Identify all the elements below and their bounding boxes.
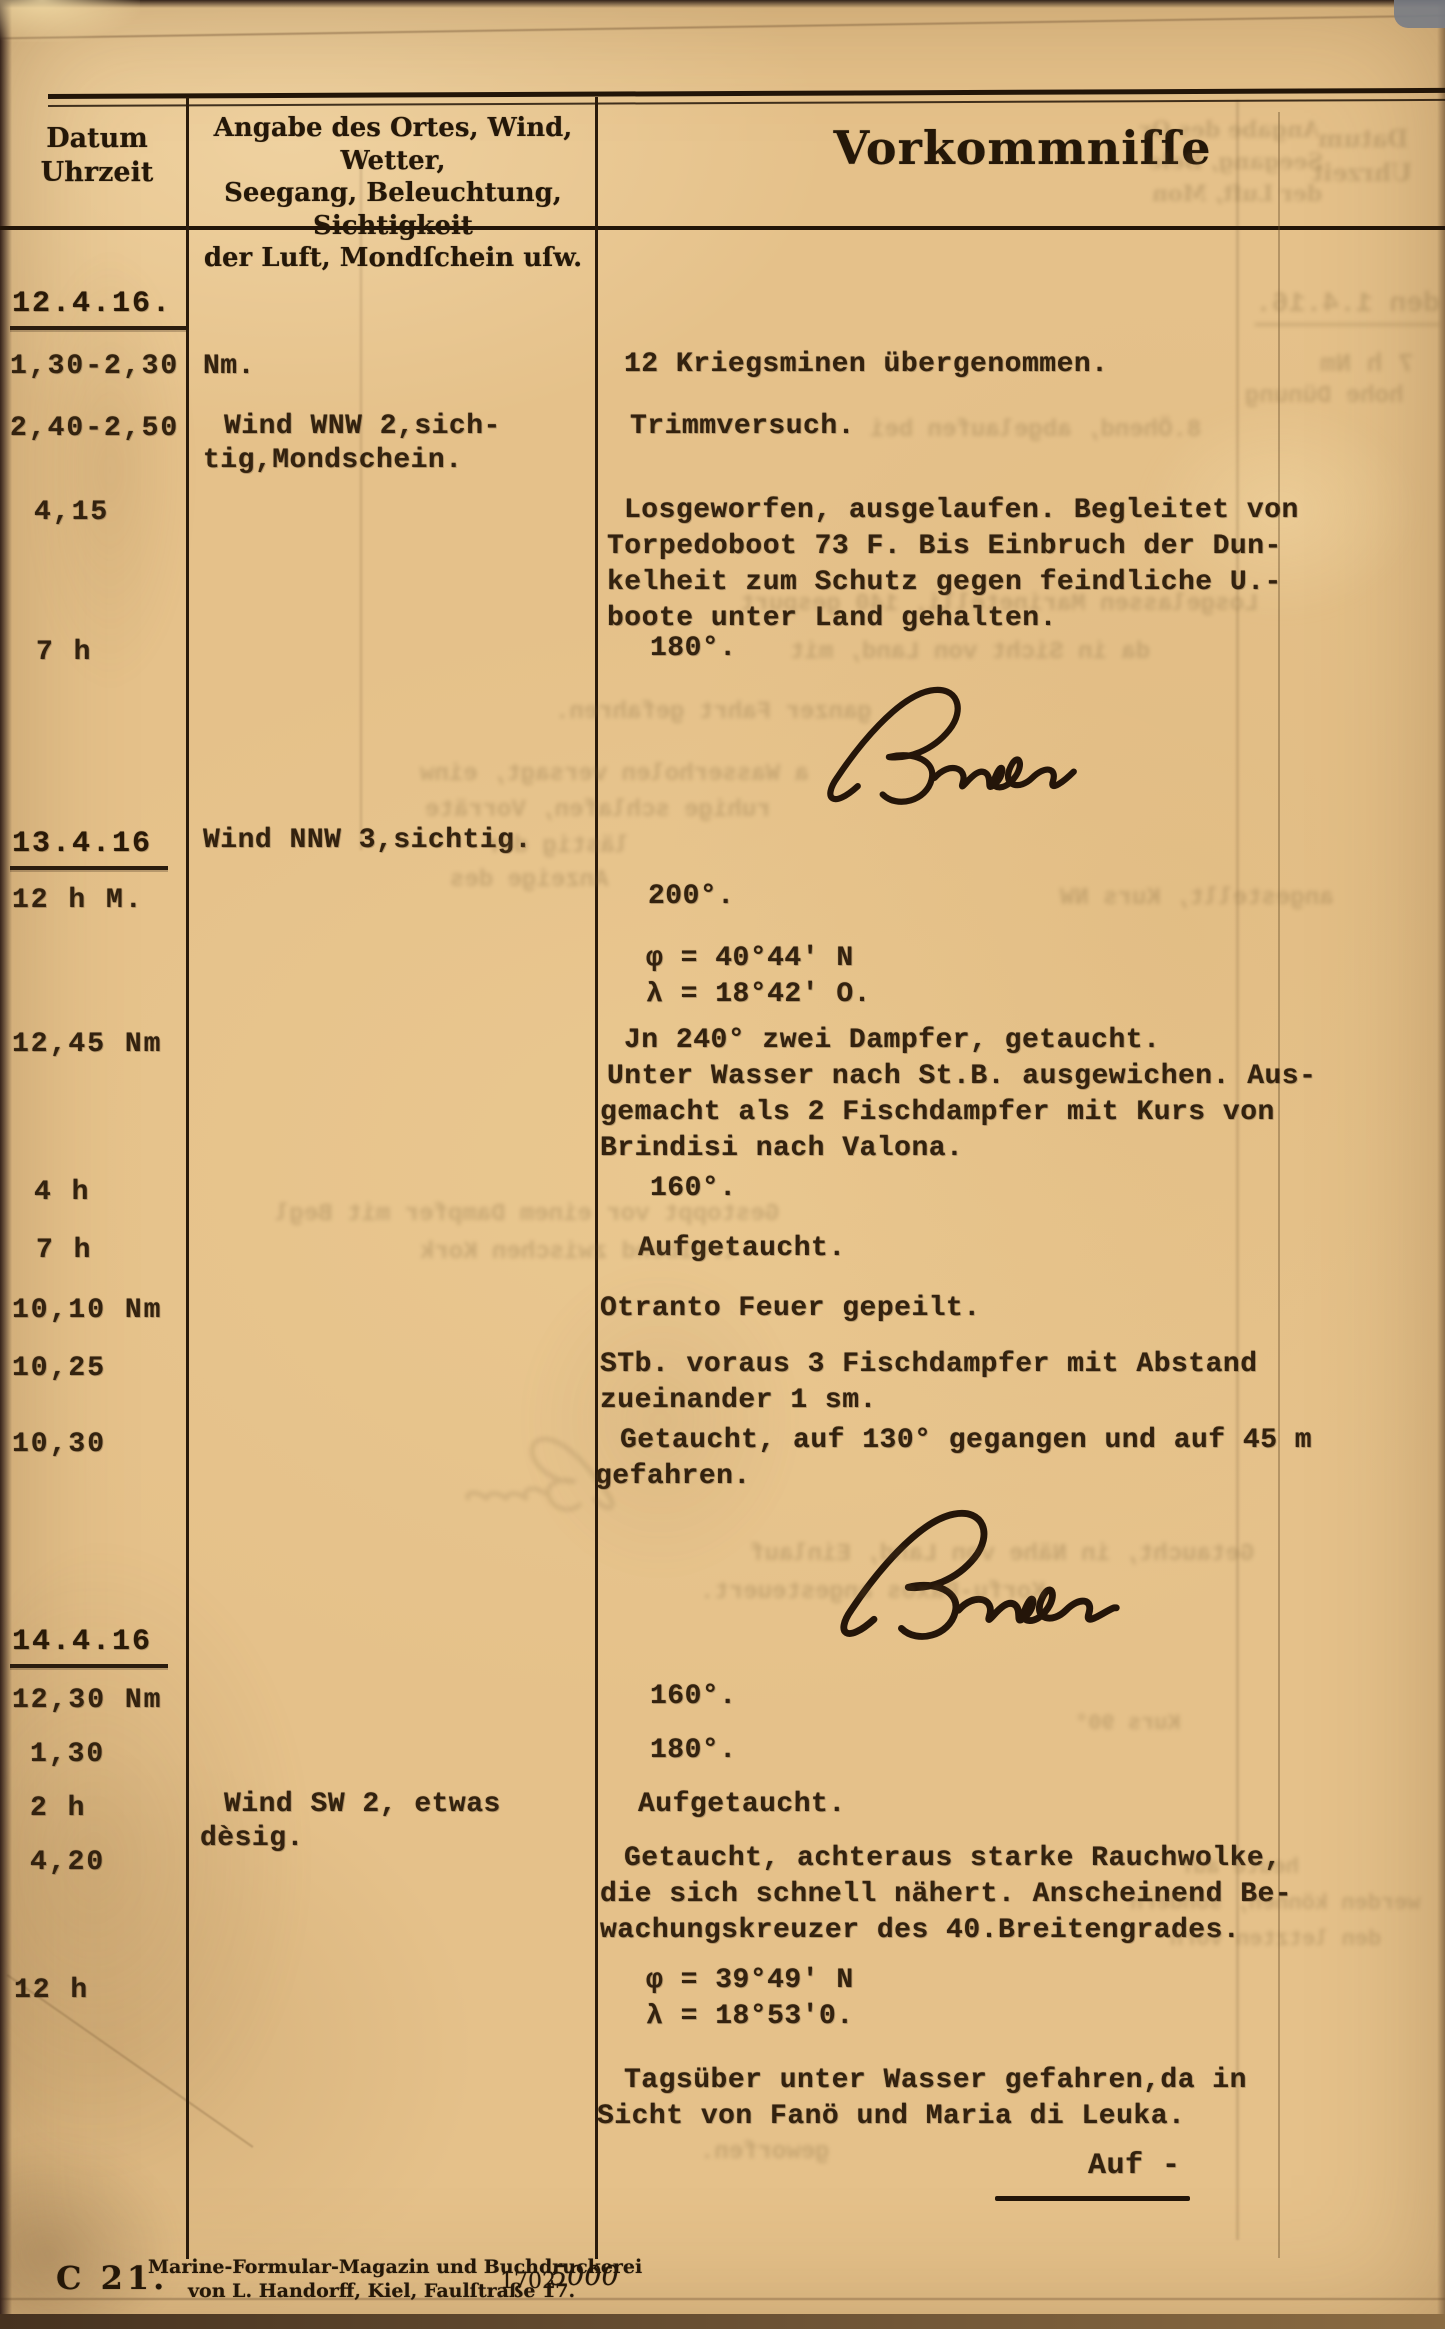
entry-events-line: 12 Kriegsminen übergenommen.	[624, 350, 1108, 381]
bleedthrough-text: ganzer Fahrt gefahren.	[555, 700, 872, 726]
entry-time: 12 h	[14, 1976, 89, 2007]
bleedthrough-text: a Wasserholen versagt, einw	[420, 762, 809, 788]
entry-time: 12,45 Nm	[12, 1030, 162, 1061]
bleedthrough-text: den 1.4.16.	[1255, 290, 1440, 326]
entry-events-line: Losgeworfen, ausgelaufen. Begleitet von	[624, 496, 1299, 527]
bleedthrough-text: Gestoppt vor einem Dampfer mit Begl	[275, 1202, 779, 1228]
entry-time: 2 h	[30, 1794, 86, 1825]
entry-events-line: Getaucht, auf 130° gegangen und auf 45 m	[620, 1426, 1312, 1457]
entry-events-line: φ = 39°49' N	[646, 1966, 854, 1997]
bleedthrough-text: Angabe des Or	[1140, 118, 1320, 142]
date-heading: 14.4.16	[10, 1626, 168, 1668]
entry-events-line: wachungskreuzer des 40.Breitengrades.	[600, 1916, 1240, 1947]
entry-time: 7 h	[36, 1236, 92, 1267]
footer-print-code: 1702	[500, 2268, 556, 2296]
entry-events-line: gemacht als 2 Fischdampfer mit Kurs von	[600, 1098, 1275, 1129]
entry-events-line: Torpedoboot 73 F. Bis Einbruch der Dun-	[607, 532, 1282, 563]
entry-time: 10,25	[12, 1354, 106, 1385]
entry-events-line: 180°.	[650, 634, 737, 665]
entry-time: 4,15	[34, 498, 109, 529]
bleedthrough-text: der Luft, Mon	[1152, 182, 1322, 206]
entry-events-line: Jn 240° zwei Dampfer, getaucht.	[624, 1026, 1160, 1057]
entry-conditions-line: tig,Mondschein.	[203, 446, 463, 477]
entry-events-line: Aufgetaucht.	[638, 1790, 846, 1821]
date-heading: 13.4.16	[10, 828, 168, 870]
bleedthrough-text: treibend zwischen Kork	[420, 1240, 737, 1266]
bleedthrough-text: Getaucht, in Nähe von Land, Einlauf	[750, 1542, 1254, 1568]
entry-events-line: 160°.	[650, 1682, 737, 1713]
entry-events-line: λ = 18°42' O.	[646, 980, 871, 1011]
entry-conditions-line: Wind SW 2, etwas	[224, 1790, 501, 1821]
entry-events-line: φ = 40°44' N	[646, 944, 854, 975]
bleedthrough-text: hohe Dünung	[1245, 384, 1403, 410]
bleedthrough-text: Kurs 90°	[1075, 1712, 1181, 1736]
page-edge-right	[1437, 0, 1445, 2329]
entry-events-line: λ = 18°53'0.	[646, 2002, 854, 2033]
entry-time: 12,30 Nm	[12, 1686, 162, 1717]
signature-bleedthrough	[455, 1415, 625, 1545]
bleedthrough-text: heute auf	[1180, 1856, 1299, 1880]
header-datetime-line1: Datum	[8, 122, 186, 156]
entry-time: 7 h	[36, 638, 92, 669]
table-divider-datetime	[186, 97, 189, 2259]
bleedthrough-text: den letzten vorn	[1170, 1928, 1381, 1952]
header-datetime-line2: Uhrzeit	[8, 156, 186, 190]
logbook-page: Datum Uhrzeit Angabe des Ortes, Wind, We…	[0, 0, 1445, 2329]
bleedthrough-text: 8.Öhend, abgelaufen bei	[870, 418, 1201, 444]
page-corner-gray	[1394, 0, 1445, 28]
header-conditions-line1: Angabe des Ortes, Wind, Wetter,	[192, 112, 594, 177]
bleedthrough-text: Korfu-Paxos angesteuert.	[700, 1580, 1046, 1606]
table-top-rule-thin	[48, 99, 1445, 107]
entry-time: 12 h M.	[12, 886, 144, 917]
bleedthrough-text: Datum	[1318, 126, 1408, 152]
bleedthrough-text: 7 h Nm	[1320, 350, 1414, 379]
entry-time: 4 h	[34, 1178, 90, 1209]
entry-events-line: 200°.	[648, 882, 735, 913]
bleedthrough-text: da in Sicht von Land, mit	[790, 640, 1150, 666]
bleedthrough-text: ruhige schlafen, Vorräte	[425, 798, 771, 824]
entry-conditions-line: dèsig.	[200, 1824, 304, 1855]
header-datetime: Datum Uhrzeit	[8, 122, 186, 190]
entry-time: 1,30	[30, 1740, 105, 1771]
entry-time: 2,40-2,50	[10, 414, 179, 445]
entry-events-line: zueinander 1 sm.	[600, 1386, 877, 1417]
page-corner-torn	[0, 0, 140, 42]
bleedthrough-text: Uhrzeit	[1312, 160, 1412, 186]
header-conditions-line3: der Luft, Mondſchein uſw.	[192, 242, 594, 275]
header-conditions: Angabe des Ortes, Wind, Wetter, Seegang,…	[192, 112, 594, 275]
entry-events-line: Unter Wasser nach St.B. ausgewichen. Aus…	[607, 1062, 1316, 1093]
bleedthrough-text: lästig der	[485, 834, 629, 860]
entry-events-line: Trimmversuch.	[630, 412, 855, 443]
bleedthrough-text: Losgelassen Marinetelli, 140 gespurt	[740, 592, 1258, 618]
entry-time: 4,20	[30, 1848, 105, 1879]
entry-events-line: 180°.	[650, 1736, 737, 1767]
entry-conditions-line: Wind NNW 3,sichtig.	[203, 826, 532, 857]
entry-conditions-line: Nm.	[203, 352, 255, 383]
entry-events-line: STb. voraus 3 Fischdampfer mit Abstand	[600, 1350, 1258, 1381]
table-top-rule-thick	[48, 88, 1445, 99]
footer-print-run: 5000	[550, 2260, 619, 2294]
entry-time: 10,10 Nm	[12, 1296, 162, 1327]
entry-conditions-line: Wind WNW 2,sich-	[224, 412, 501, 443]
closing-mark: Auf -	[1088, 2150, 1181, 2183]
page-edge-left	[0, 0, 12, 2329]
paper-stain	[0, 2140, 180, 2329]
entry-time: 10,30	[12, 1430, 106, 1461]
bleedthrough-text: Anzeige des	[450, 868, 608, 894]
page-edge-top	[0, 0, 1445, 8]
bleedthrough-text: werden können, sondern	[1130, 1892, 1420, 1916]
entry-events-line: Tagsüber unter Wasser gefahren,da in	[624, 2066, 1247, 2097]
bleedthrough-text: angestellt, Kurs NW	[1060, 886, 1334, 912]
entry-time: 1,30-2,30	[10, 352, 179, 383]
page-edge-bottom	[0, 2314, 1445, 2329]
date-heading: 12.4.16.	[10, 288, 188, 330]
entry-events-line: Sicht von Fanö und Maria di Leuka.	[597, 2102, 1185, 2133]
entry-events-line: Otranto Feuer gepeilt.	[600, 1294, 981, 1325]
table-divider-events	[595, 97, 598, 2259]
header-conditions-line2: Seegang, Beleuchtung, Sichtigkeit	[192, 177, 594, 242]
entry-events-line: Brindisi nach Valona.	[600, 1134, 963, 1165]
bleedthrough-text: Seegang, Bele	[1148, 150, 1323, 174]
bleedthrough-text: geworfen.	[700, 2140, 830, 2166]
crease-line	[0, 14, 1445, 39]
closing-mark-underline	[995, 2196, 1190, 2201]
